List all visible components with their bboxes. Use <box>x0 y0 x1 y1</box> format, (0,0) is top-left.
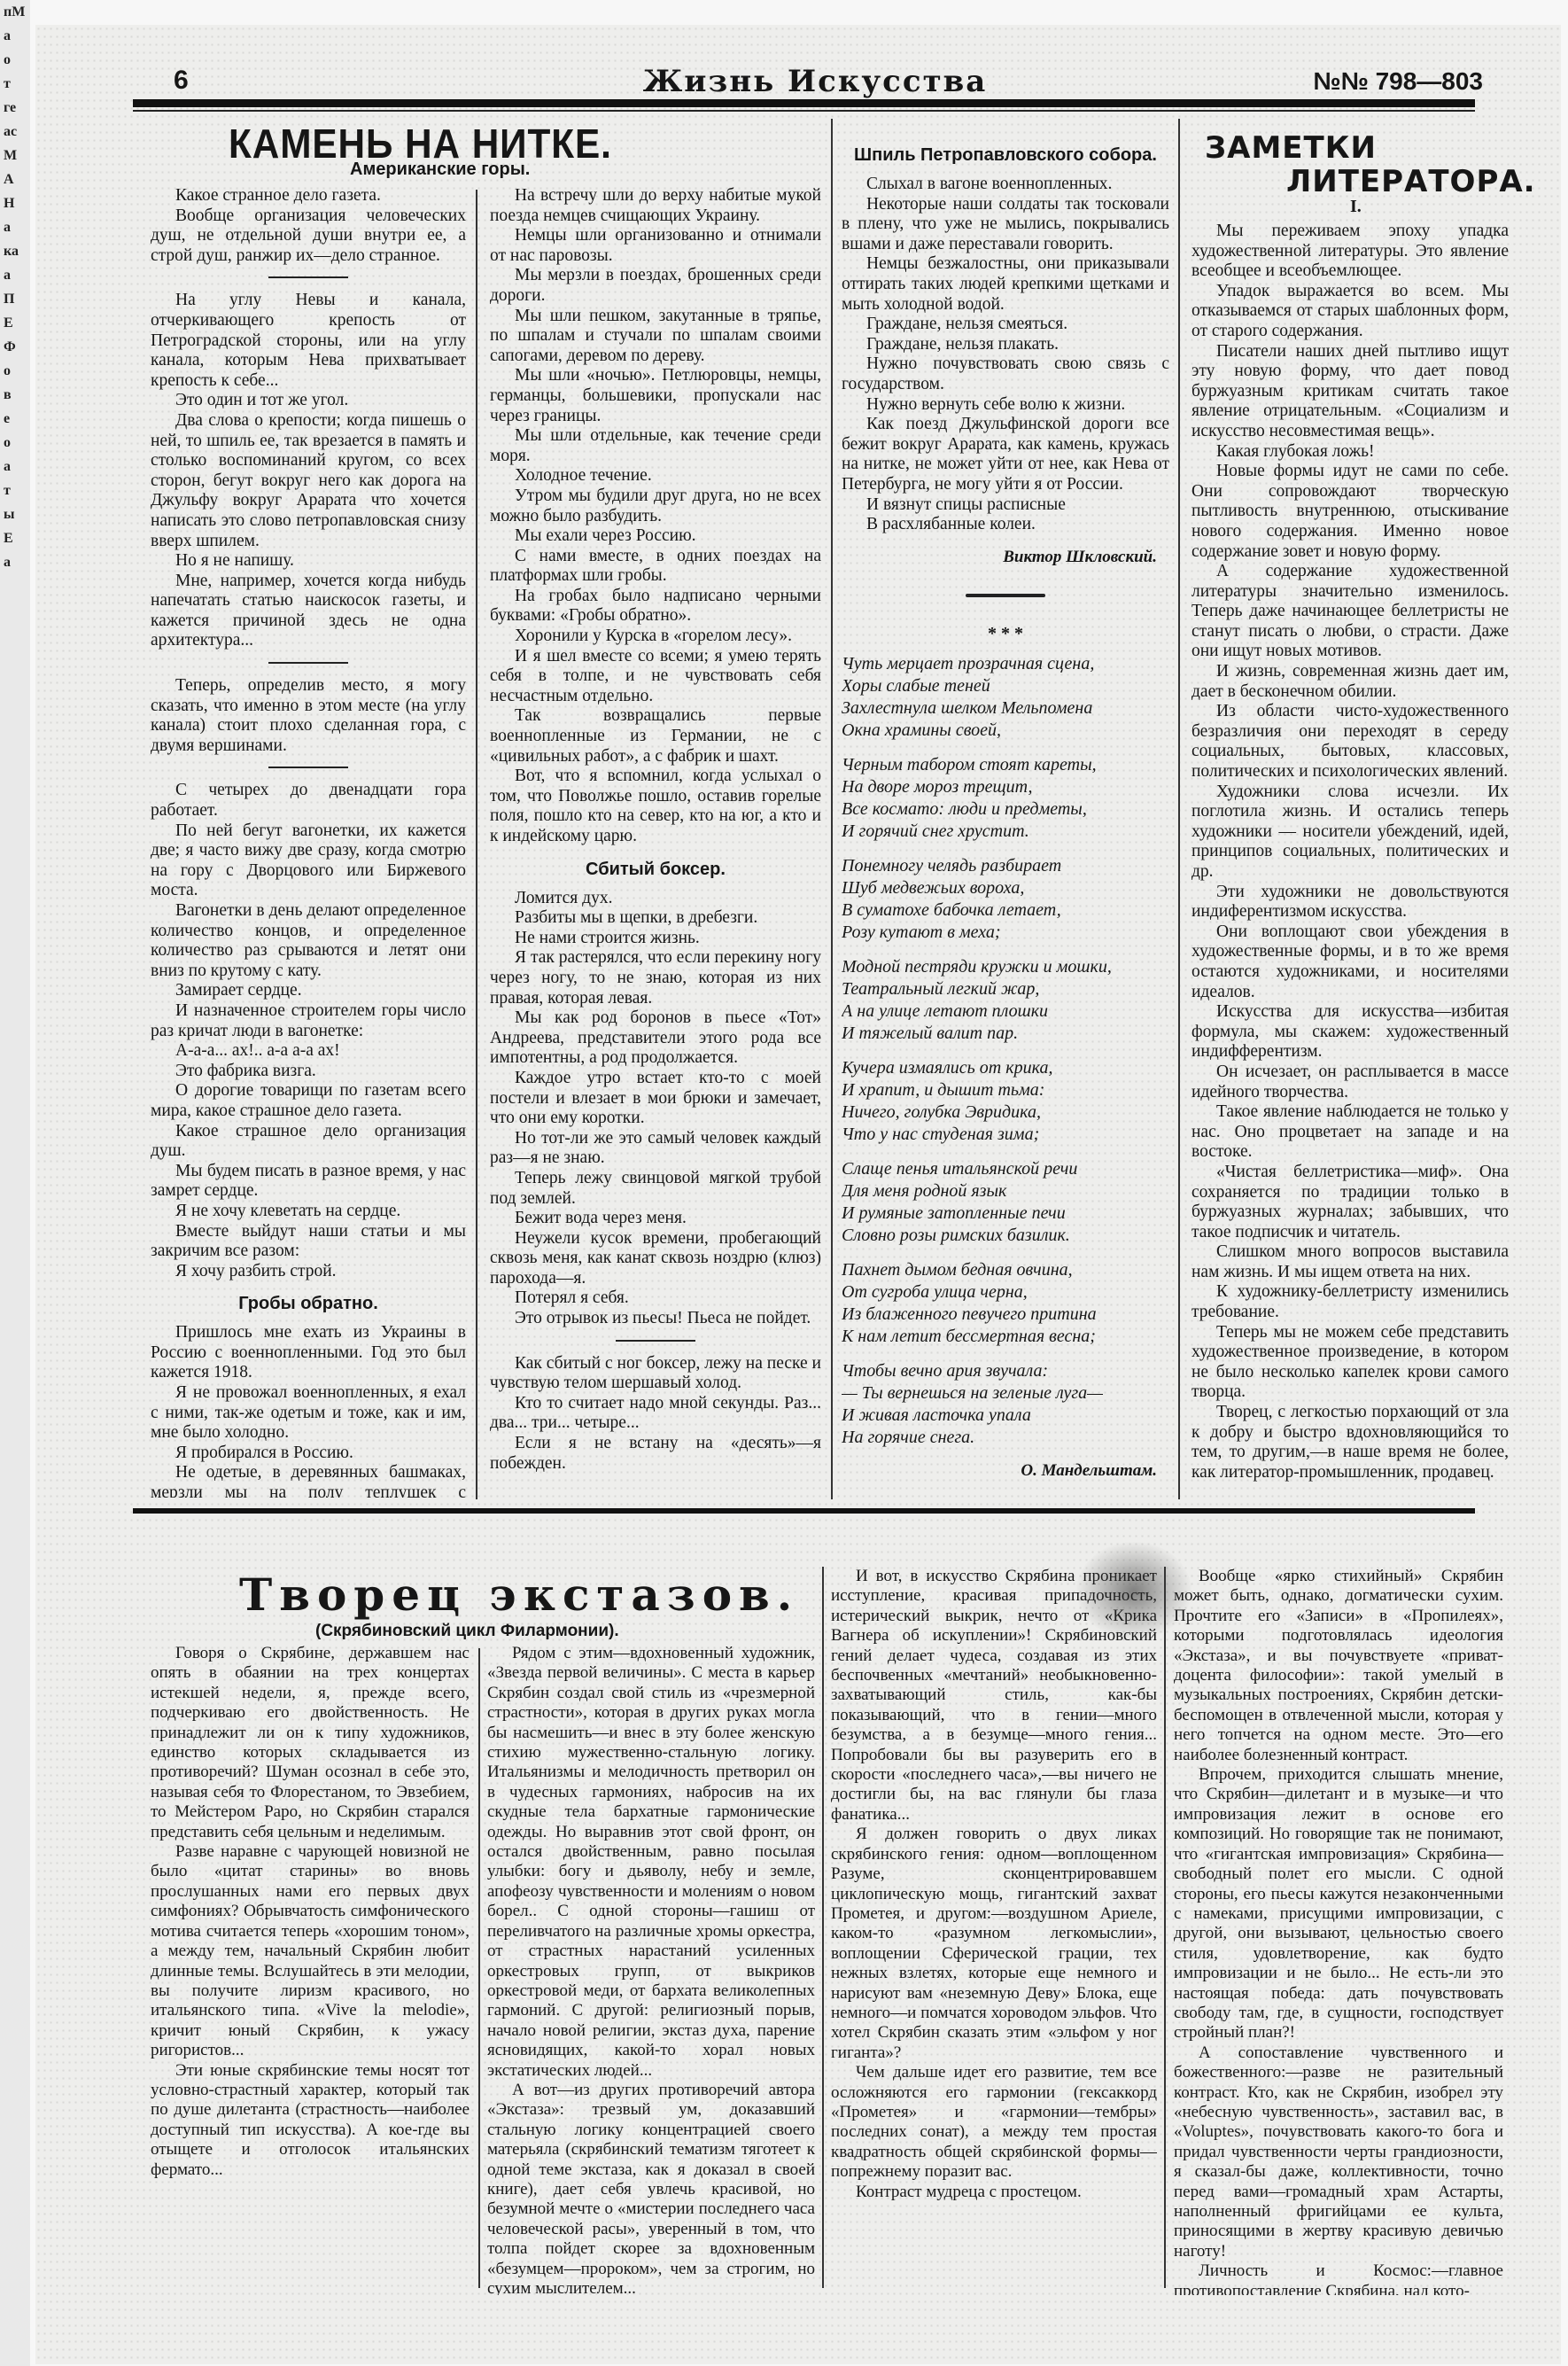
poem-line: Словно розы римских базилик. <box>842 1225 1169 1247</box>
newspaper-title: Жизнь Искусства <box>133 64 1497 99</box>
ornament-divider <box>842 1497 1169 1498</box>
paragraph: Какое странное дело газета. <box>151 186 466 206</box>
column-stone-2: На встречу шли до верху набитые мукой по… <box>490 186 821 1474</box>
headline-creator-of-ecstasies: Творец экстазов. <box>239 1568 799 1621</box>
poem-line: А на улице летают плошки <box>842 1000 1169 1023</box>
paragraph: Мы переживаем эпоху упадка художественно… <box>1192 222 1509 282</box>
paragraph: Искусства для искусства—избитая формула,… <box>1192 1002 1509 1062</box>
paragraph: Какое страшное дело организация душ. <box>151 1122 466 1162</box>
paragraph: Мы ехали через Россию. <box>490 526 821 547</box>
paragraph: На гробах было надписано черными буквами… <box>490 587 821 627</box>
column-stone-3-poem: Шпиль Петропавловского собора.Слыхал в в… <box>842 133 1169 1498</box>
paragraph: Мы как род боронов в пьесе «Тот» Андреев… <box>490 1008 821 1069</box>
paragraph: Эти юные скрябинские темы носят тот усло… <box>151 2061 470 2180</box>
column-rule <box>822 1567 824 2288</box>
paragraph: Писатели наших дней пытливо ищут эту нов… <box>1192 342 1509 442</box>
edge-fragment: А <box>0 167 30 191</box>
poem-line: Из блаженного певучего притина <box>842 1304 1169 1326</box>
paragraph: Личность и Космос:—главное противопостав… <box>1174 2261 1503 2295</box>
paragraph: Это отрывок из пьесы! Пьеса не пойдет. <box>490 1309 821 1329</box>
section-dash <box>268 276 348 278</box>
edge-fragment: Е <box>0 526 30 550</box>
poem-line: Слаще пенья итальянской речи <box>842 1158 1169 1180</box>
poem-line: От сугроба улица черна, <box>842 1281 1169 1304</box>
paragraph: Немцы безжалостны, они приказывали оттир… <box>842 254 1169 315</box>
edge-fragment: Е <box>0 311 30 335</box>
poem-stanza: Чуть мерцает прозрачная сцена,Хоры слабы… <box>842 653 1169 742</box>
column-rule <box>1164 1567 1166 2288</box>
edge-fragment: ас <box>0 120 30 144</box>
subhead-american-hills: Американские горы. <box>350 160 530 180</box>
edge-fragment: М <box>0 144 30 167</box>
poem-stanza: Черным табором стоят кареты,На дворе мор… <box>842 754 1169 843</box>
paragraph: Как поезд Джульфинской дороги все бежит … <box>842 415 1169 494</box>
paragraph: Рядом с этим—вдохновенный художник, «Зве… <box>487 1644 815 2081</box>
paragraph: Ломится дух. <box>490 889 821 909</box>
paragraph: А содержание художественной литературы з… <box>1192 562 1509 662</box>
edge-fragment: а <box>0 215 30 239</box>
paragraph: Неужели кусок времени, пробегающий сквоз… <box>490 1229 821 1289</box>
masthead: 6 Жизнь Искусства №№ 798—803 <box>133 64 1497 99</box>
section-dash <box>616 1340 695 1342</box>
section-subhead: Шпиль Петропавловского собора. <box>842 145 1169 166</box>
paragraph: Я так растерялся, что если перекину ногу… <box>490 948 821 1008</box>
paragraph: Это один и тот же угол. <box>151 391 466 411</box>
paragraph: Мы шли пешком, закутанные в тряпье, по ш… <box>490 307 821 367</box>
poem-line: На дворе мороз трещит, <box>842 776 1169 798</box>
column-stone-1: Какое странное дело газета.Вообще органи… <box>151 186 466 1498</box>
poem-line: В суматохе бабочка летает, <box>842 899 1169 922</box>
column-creator-4: Вообще «ярко стихийный» Скрябин может бы… <box>1174 1567 1503 2295</box>
poem-line: Шуб медвежьих вороха, <box>842 877 1169 899</box>
paragraph: По ней бегут вагонетки, их кажется две; … <box>151 821 466 901</box>
poem-line: Розу кутают в меха; <box>842 922 1169 944</box>
headline-notes-line2: ЛИТЕРАТОРА. <box>1205 165 1536 198</box>
edge-fragment: а <box>0 24 30 48</box>
paragraph: Разбиты мы в щепки, в дребезги. <box>490 908 821 929</box>
headline-notes-line1: ЗАМЕТКИ <box>1205 131 1536 165</box>
paragraph: Слыхал в вагоне военнопленных. <box>842 175 1169 195</box>
poem-author-signature: О. Мандельштам. <box>842 1461 1157 1481</box>
issue-number: №№ 798—803 <box>1313 67 1483 96</box>
paragraph: О дорогие товарищи по газетам всего мира… <box>151 1081 466 1121</box>
paragraph: А-а-а... ах!.. а-а а-а ах! <box>151 1041 466 1062</box>
poem-line: На горячие снега. <box>842 1427 1169 1449</box>
poem-line: Чтобы вечно ария звучала: <box>842 1360 1169 1382</box>
paragraph: На углу Невы и канала, отчеркивающего кр… <box>151 291 466 391</box>
paragraph: Вагонетки в день делают определенное кол… <box>151 901 466 981</box>
author-signature: Виктор Шкловский. <box>842 548 1157 567</box>
paragraph: Мы будем писать в разное время, у нас за… <box>151 1162 466 1202</box>
column-rule <box>1178 119 1180 1499</box>
poem-line: И тяжелый валит пар. <box>842 1023 1169 1045</box>
edge-fragment: т <box>0 479 30 502</box>
paragraph: «Чистая беллетристика—миф». Она сохраняе… <box>1192 1163 1509 1242</box>
poem-line: Все космато: люди и предметы, <box>842 798 1169 821</box>
paragraph: Два слова о крепости; когда пишешь о ней… <box>151 411 466 551</box>
poem-stanza: Модной пестряди кружки и мошки,Театральн… <box>842 956 1169 1045</box>
paragraph: Но тот-ли же это самый человек каждый ра… <box>490 1129 821 1169</box>
paragraph: Из области чисто-художественного безразл… <box>1192 702 1509 782</box>
column-creator-1: Говоря о Скрябине, державшем нас опять в… <box>151 1644 470 2180</box>
poem-stanza: Чтобы вечно ария звучала:— Ты вернешься … <box>842 1360 1169 1449</box>
paragraph: Не нами строится жизнь. <box>490 929 821 949</box>
paragraph: Творец, с легкостью порхающий от зла к д… <box>1192 1403 1509 1483</box>
paragraph: Холодное течение. <box>490 466 821 486</box>
subhead-scriabin-cycle: (Скрябиновский цикл Филармонии). <box>315 1622 619 1641</box>
paragraph: Я хочу разбить строй. <box>151 1262 466 1282</box>
paragraph: Так возвращались первые военнопленные из… <box>490 706 821 767</box>
paragraph: Упадок выражается во всем. Мы отказываем… <box>1192 282 1509 342</box>
paragraph: Я пробирался в Россию. <box>151 1444 466 1464</box>
edge-fragment: ы <box>0 502 30 526</box>
masthead-rule <box>133 99 1475 107</box>
paragraph: Граждане, нельзя плакать. <box>842 335 1169 355</box>
section-dash <box>268 662 348 664</box>
edge-fragment: в <box>0 383 30 407</box>
edge-fragment: а <box>0 263 30 287</box>
poem-stanza: Кучера измаялись от крика,И храпит, и ды… <box>842 1057 1169 1146</box>
paragraph: На встречу шли до верху набитые мукой по… <box>490 186 821 226</box>
paragraph: Как сбитый с ног боксер, лежу на песке и… <box>490 1354 821 1394</box>
paragraph: Мы шли отдельные, как течение среди моря… <box>490 426 821 466</box>
paragraph: С четырех до двенадцати гора работает. <box>151 781 466 821</box>
paragraph: Вообще организация человеческих душ, не … <box>151 206 466 267</box>
edge-fragment: о <box>0 359 30 383</box>
paragraph: А сопоставление чувственного и божествен… <box>1174 2043 1503 2261</box>
masthead-rule-thin <box>133 110 1475 112</box>
paragraph: Говоря о Скрябине, державшем нас опять в… <box>151 1644 470 1842</box>
column-rule <box>831 119 833 1499</box>
column-creator-2: Рядом с этим—вдохновенный художник, «Зве… <box>487 1644 815 2295</box>
paragraph: Пришлось мне ехать из Украины в Россию с… <box>151 1323 466 1383</box>
paragraph: Они воплощают свои убеждения в художеств… <box>1192 922 1509 1002</box>
paragraph: Граждане, нельзя смеяться. <box>842 315 1169 335</box>
ink-smudge <box>1076 1542 1192 1639</box>
paragraph: Хоронили у Курска в «горелом лесу». <box>490 627 821 647</box>
poem-line: Пахнет дымом бедная овчина, <box>842 1259 1169 1281</box>
column-creator-3: И вот, в искусство Скрябина проникает ис… <box>831 1567 1157 2202</box>
section-subhead: Гробы обратно. <box>151 1294 466 1314</box>
poem-line: Захлестнула шелком Мельпомена <box>842 697 1169 720</box>
poem-line: Театральный легкий жар, <box>842 978 1169 1000</box>
poem-line: К нам летит бессмертная весна; <box>842 1326 1169 1348</box>
paragraph: Теперь мы не можем себе представить худо… <box>1192 1323 1509 1403</box>
paragraph: Нужно почувствовать свою связь с государ… <box>842 354 1169 394</box>
paragraph: Мы мерзли в поездах, брошенных среди дор… <box>490 266 821 306</box>
poem-line: Кучера измаялись от крика, <box>842 1057 1169 1079</box>
paragraph: Не одетые, в деревянных башмаках, мерзли… <box>151 1463 466 1498</box>
paragraph: Каждое утро встает кто-то с моей постели… <box>490 1069 821 1129</box>
paragraph: Но я не напишу. <box>151 551 466 572</box>
poem-line: — Ты вернешься на зеленые луга— <box>842 1382 1169 1405</box>
poem-line: Хоры слабые теней <box>842 675 1169 697</box>
paragraph: Он исчезает, он расплывается в массе иде… <box>1192 1062 1509 1102</box>
paragraph: Нужно вернуть себе волю к жизни. <box>842 395 1169 416</box>
paragraph: Это фабрика визга. <box>151 1062 466 1082</box>
poem-line: И храпит, и дышит тьма: <box>842 1079 1169 1101</box>
poem-line: Черным табором стоят кареты, <box>842 754 1169 776</box>
edge-fragment: П <box>0 287 30 311</box>
ornament-divider <box>842 583 1169 603</box>
paragraph: С нами вместе, в одних поездах на платфо… <box>490 547 821 587</box>
paragraph: Слишком много вопросов выставила нам жиз… <box>1192 1242 1509 1282</box>
poem-line: Окна храмины своей, <box>842 720 1169 742</box>
adjacent-page-edge: пМаотгеасМАНакааПЕФовеоатыЕа <box>0 0 30 2366</box>
paragraph: Немцы шли организованно и отнимали от на… <box>490 226 821 266</box>
paragraph: Теперь лежу свинцовой мягкой трубой под … <box>490 1169 821 1209</box>
edge-fragment: е <box>0 407 30 431</box>
paragraph: И жизнь, современная жизнь дает им, дает… <box>1192 662 1509 702</box>
paragraph: Я не хочу клеветать на сердце. <box>151 1202 466 1222</box>
poem-marker: * * * <box>842 624 1169 644</box>
paragraph: Вообще «ярко стихийный» Скрябин может бы… <box>1174 1567 1503 1765</box>
poem-line: Для меня родной язык <box>842 1180 1169 1202</box>
edge-fragment: о <box>0 431 30 455</box>
section-subhead: Сбитый боксер. <box>490 860 821 880</box>
paragraph: Некоторые наши солдаты так тосковали в п… <box>842 195 1169 255</box>
paragraph: А вот—из других противоречий автора «Экс… <box>487 2081 815 2295</box>
paragraph: Контраст мудреца с простецом. <box>831 2183 1157 2202</box>
paragraph: Я не провожал военнопленных, я ехал с ни… <box>151 1383 466 1444</box>
paragraph: Бежит вода через меня. <box>490 1209 821 1229</box>
poem-line: Ничего, голубка Эвридика, <box>842 1101 1169 1124</box>
paragraph: Впрочем, приходится слышать мнение, что … <box>1174 1765 1503 2043</box>
paragraph: Утром мы будили друг друга, но не всех м… <box>490 486 821 526</box>
section-number: I. <box>1350 197 1362 217</box>
paragraph: К художнику-беллетристу изменились требо… <box>1192 1282 1509 1322</box>
poem-line: Понемногу челядь разбирает <box>842 855 1169 877</box>
section-dash <box>268 767 348 768</box>
edge-fragment: ге <box>0 96 30 120</box>
paragraph: И вязнут спицы расписные <box>842 495 1169 516</box>
paragraph: В расхлябанные колеи. <box>842 515 1169 535</box>
edge-fragment: т <box>0 72 30 96</box>
headline-writer-notes: ЗАМЕТКИ ЛИТЕРАТОРА. <box>1205 131 1536 198</box>
poem-line: И живая ласточка упала <box>842 1405 1169 1427</box>
edge-fragment: о <box>0 48 30 72</box>
column-rule <box>478 1648 480 2288</box>
section-divider <box>133 1508 1475 1514</box>
poem-line: И горячий снег хрустит. <box>842 821 1169 843</box>
paragraph: Мы шли «ночью». Петлюровцы, немцы, герма… <box>490 366 821 426</box>
paragraph: Чем дальше идет его развитие, тем все ос… <box>831 2063 1157 2182</box>
paragraph: И назначенное строителем горы число раз … <box>151 1001 466 1041</box>
paragraph: Потерял я себя. <box>490 1288 821 1309</box>
poem-line: Что у нас студеная зима; <box>842 1124 1169 1146</box>
poem-line: Модной пестряди кружки и мошки, <box>842 956 1169 978</box>
paragraph: Разве наравне с чарующей новизной не был… <box>151 1842 470 2060</box>
paragraph: Если я не встану на «десять»—я побежден. <box>490 1434 821 1474</box>
paragraph: Эти художники не довольствуются индифере… <box>1192 883 1509 922</box>
edge-fragment: ка <box>0 239 30 263</box>
paragraph: Кто то считает надо мной секунды. Раз...… <box>490 1394 821 1434</box>
paragraph: Такое явление наблюдается не только у на… <box>1192 1102 1509 1163</box>
edge-fragment: а <box>0 455 30 479</box>
poem-stanza: Пахнет дымом бедная овчина,От сугроба ул… <box>842 1259 1169 1348</box>
poem-line: Чуть мерцает прозрачная сцена, <box>842 653 1169 675</box>
poem-stanza: Понемногу челядь разбираетШуб медвежьих … <box>842 855 1169 944</box>
paragraph: Новые формы идут не сами по себе. Они со… <box>1192 462 1509 562</box>
paragraph: Замирает сердце. <box>151 981 466 1001</box>
edge-fragment: Ф <box>0 335 30 359</box>
paragraph: Я должен говорить о двух ликах скрябинск… <box>831 1825 1157 2063</box>
paragraph: Вот, что я вспомнил, когда услыхал о том… <box>490 767 821 846</box>
paragraph: Какая глубокая ложь! <box>1192 442 1509 463</box>
poem-stanza: Слаще пенья итальянской речиДля меня род… <box>842 1158 1169 1247</box>
paragraph: Теперь, определив место, я могу сказать,… <box>151 676 466 756</box>
paragraph: Вместе выйдут наши статьи и мы закричим … <box>151 1222 466 1262</box>
paragraph: Мне, например, хочется когда нибудь напе… <box>151 572 466 651</box>
column-writer-notes: Мы переживаем эпоху упадка художественно… <box>1192 222 1509 1483</box>
edge-fragment: Н <box>0 191 30 215</box>
edge-fragment: пМ <box>0 0 30 24</box>
paragraph: И я шел вместе со всеми; я умею терять с… <box>490 647 821 707</box>
edge-fragment: а <box>0 550 30 574</box>
paragraph: Художники слова исчезли. Их поглотила жи… <box>1192 782 1509 883</box>
column-rule <box>476 190 477 1499</box>
poem-line: И румяные затопленные печи <box>842 1202 1169 1225</box>
